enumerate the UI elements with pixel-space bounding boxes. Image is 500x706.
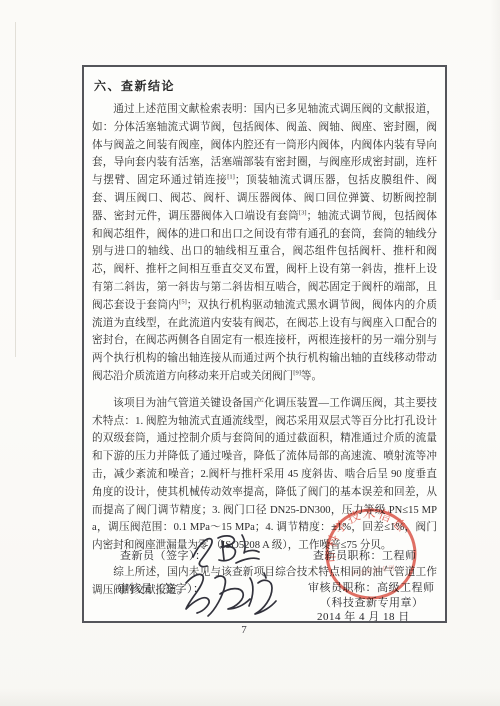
scan-artifact-left-edge — [15, 22, 16, 357]
seal-arc-text: 市科学技术信息 — [317, 500, 414, 565]
seal-inner-text: 科技查新专用 — [350, 563, 396, 578]
scan-artifact-bottom-shade — [0, 688, 500, 706]
section-title: 六、查新结论 — [94, 77, 437, 94]
conclusion-box: 六、查新结论 通过上述范围文献检索表明：国内已多见轴流式调压阀的文献报道，如：分… — [82, 65, 447, 623]
issue-date: 2014 年 4 月 18 日 — [317, 608, 410, 623]
seal-arc-text-holder: 市科学技术信息 — [317, 500, 414, 565]
paragraph: 通过上述范围文献检索表明：国内已多见轴流式调压阀的文献报道，如：分体活塞轴流式调… — [92, 101, 437, 386]
page-number: 7 — [228, 624, 260, 636]
scan-artifact-right-shade — [490, 0, 500, 300]
reviewer-signature-handwriting — [178, 565, 282, 623]
red-seal-stamp: 市科学技术信息 科技查新专用 — [315, 498, 428, 611]
